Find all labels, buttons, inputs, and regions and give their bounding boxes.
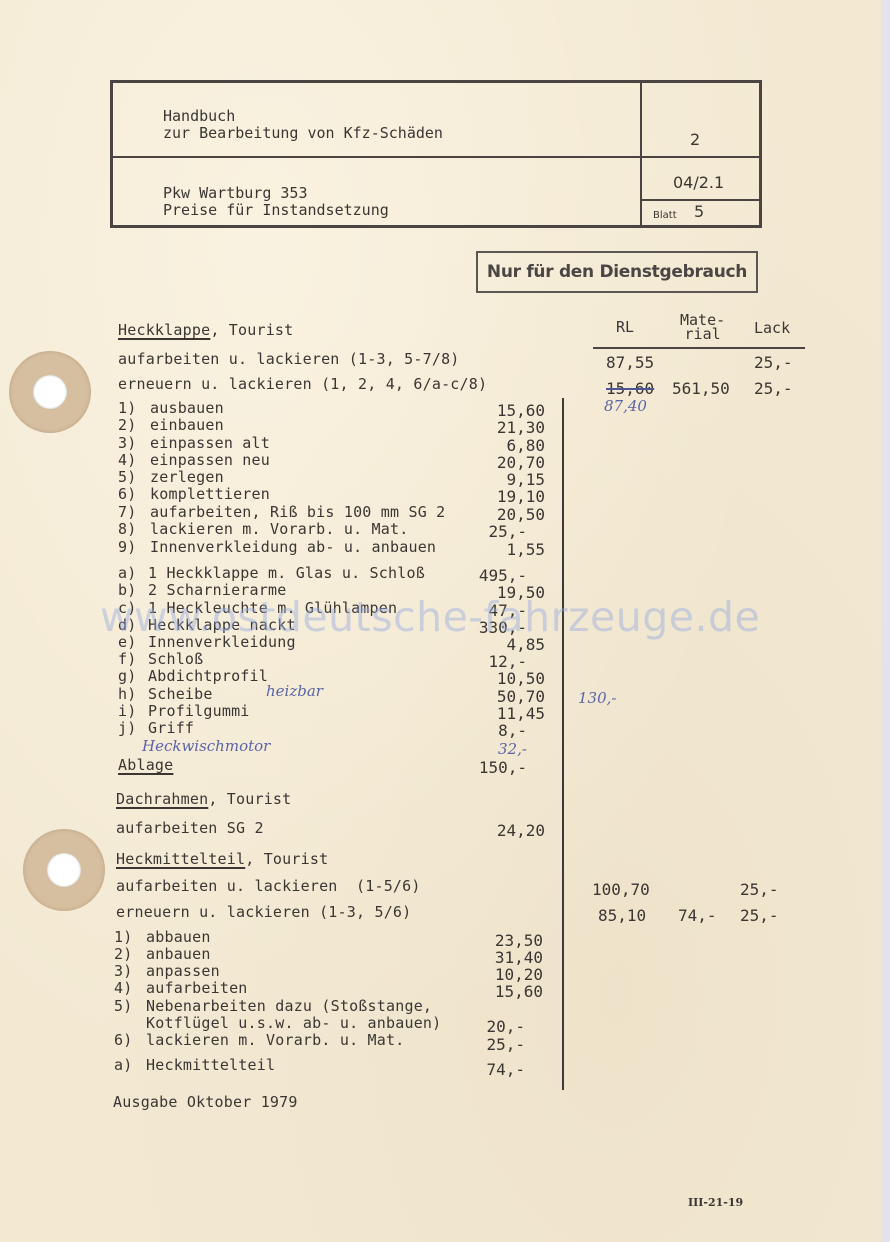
confidential-stamp: Nur für den Dienstgebrauch <box>476 251 758 293</box>
section-heading-dachrahmen: Dachrahmen, Tourist <box>116 791 291 808</box>
part-label: 1 Heckklappe m. Glas u. Schloß <box>148 565 425 582</box>
handbook-subtitle: zur Bearbeitung von Kfz-Schäden <box>163 125 443 141</box>
section-subtitle: , Tourist <box>208 790 291 808</box>
website-watermark: www.ostdeutsche-fahrzeuge.de <box>100 593 760 641</box>
list-item-value: 31,40 <box>495 949 543 966</box>
column-header-lack: Lack <box>754 321 790 335</box>
vehicle-name: Pkw Wartburg 353 <box>163 185 308 201</box>
list-item-key: 1) <box>118 400 136 417</box>
list-item-key: 8) <box>118 521 136 538</box>
part-value: 495,- <box>479 567 527 584</box>
section-heading-heckmittelteil: Heckmittelteil, Tourist <box>116 851 328 868</box>
punch-hole-bottom <box>23 829 105 911</box>
ablage-label: Ablage <box>118 757 173 774</box>
handwritten-wiper-motor-label: Heckwischmotor <box>142 737 270 755</box>
list-item-label: abbauen <box>146 929 211 946</box>
list-item-key: 2) <box>114 946 132 963</box>
column-divider <box>562 398 564 1090</box>
handwritten-note-heated: heizbar <box>266 682 323 700</box>
part-value: 50,70 <box>497 688 545 705</box>
list-item-label: aufarbeiten, Riß bis 100 mm SG 2 <box>150 504 445 521</box>
list-item-value: 21,30 <box>497 419 545 436</box>
section-title: Dachrahmen <box>116 790 208 808</box>
handwritten-rl-correction: 87,40 <box>604 397 647 415</box>
operation-label: aufarbeiten SG 2 <box>116 820 264 837</box>
scan-edge <box>881 0 890 1242</box>
list-item-value: 10,20 <box>495 966 543 983</box>
part-key: a) <box>114 1057 132 1074</box>
list-item-label: einbauen <box>150 417 224 434</box>
list-item-key: 9) <box>118 539 136 556</box>
lack-value: 25,- <box>740 907 779 924</box>
section-subtitle: , Tourist <box>245 850 328 868</box>
list-item-value: 9,15 <box>506 471 545 488</box>
punch-hole-top <box>9 351 91 433</box>
header-box: Handbuch zur Bearbeitung von Kfz-Schäden… <box>110 80 762 228</box>
list-item-key: 4) <box>114 980 132 997</box>
list-item-value: 19,10 <box>497 488 545 505</box>
part-value: 12,- <box>488 653 527 670</box>
lack-value: 25,- <box>754 380 793 397</box>
section-subtitle: , Tourist <box>210 321 293 339</box>
list-item-label: komplettieren <box>150 486 270 503</box>
part-label: Griff <box>148 720 194 737</box>
list-item-key: 6) <box>118 486 136 503</box>
divider <box>113 156 759 158</box>
section-heading-heckklappe: Heckklappe, Tourist <box>118 322 293 339</box>
list-item-key: 6) <box>114 1032 132 1049</box>
column-header-material: Mate- rial <box>680 313 725 341</box>
column-header-rl: RL <box>616 320 634 334</box>
rl-value: 85,10 <box>598 907 646 924</box>
list-item-key: 4) <box>118 452 136 469</box>
list-item-label: zerlegen <box>150 469 224 486</box>
lack-value: 25,- <box>740 881 779 898</box>
column-header-material-line2: rial <box>680 327 725 341</box>
list-item-label: Innenverkleidung ab- u. anbauen <box>150 539 436 556</box>
list-item-key: 1) <box>114 929 132 946</box>
part-label: Abdichtprofil <box>148 668 268 685</box>
section-title: Heckklappe <box>118 321 210 339</box>
list-item-label: lackieren m. Vorarb. u. Mat. <box>146 1032 404 1049</box>
material-value: 561,50 <box>672 380 730 397</box>
list-item-label: ausbauen <box>150 400 224 417</box>
rl-value: 87,55 <box>606 354 654 371</box>
ablage-value: 150,- <box>479 759 527 776</box>
rl-value-struck: 15,60 <box>606 380 654 397</box>
list-item-label: Nebenarbeiten dazu (Stoßstange, <box>146 998 432 1015</box>
part-value: 11,45 <box>497 705 545 722</box>
part-key: g) <box>118 668 136 685</box>
part-key: a) <box>118 565 136 582</box>
operation-label: erneuern u. lackieren (1, 2, 4, 6/a-c/8) <box>118 376 487 393</box>
part-key: h) <box>118 686 136 703</box>
list-item-value: 6,80 <box>506 437 545 454</box>
material-value: 74,- <box>678 907 717 924</box>
section-code: 04/2.1 <box>673 175 724 191</box>
list-item-label: aufarbeiten <box>146 980 248 997</box>
rl-value: 100,70 <box>592 881 650 898</box>
document-page: Handbuch zur Bearbeitung von Kfz-Schäden… <box>0 0 881 1242</box>
section-title: Heckmittelteil <box>116 850 245 868</box>
sheet-label: Blatt <box>653 208 677 224</box>
list-item-label-continued: Kotflügel u.s.w. ab- u. anbauen) <box>146 1015 441 1032</box>
list-item-value: 20,50 <box>497 506 545 523</box>
list-item-value: 1,55 <box>506 541 545 558</box>
list-item-value: 25,- <box>488 523 527 540</box>
edition-date: Ausgabe Oktober 1979 <box>113 1094 298 1111</box>
list-item-value: 15,60 <box>495 983 543 1000</box>
divider <box>640 83 642 225</box>
part-label: Schloß <box>148 651 203 668</box>
operation-label: aufarbeiten u. lackieren (1-3, 5-7/8) <box>118 351 460 368</box>
list-item-label: einpassen neu <box>150 452 270 469</box>
handwritten-wiper-motor-value: 32,- <box>498 740 527 758</box>
part-key: j) <box>118 720 136 737</box>
list-item-label: anbauen <box>146 946 211 963</box>
list-item-label: einpassen alt <box>150 435 270 452</box>
volume-number: 2 <box>690 132 700 148</box>
operation-label: aufarbeiten u. lackieren (1-5/6) <box>116 878 421 895</box>
handwritten-price-heated-glass: 130,- <box>578 689 616 707</box>
part-value: 8,- <box>498 722 527 739</box>
handbook-title: Handbuch <box>163 108 235 124</box>
list-item-key: 3) <box>114 963 132 980</box>
column-header-underline <box>593 347 805 349</box>
operation-value: 24,20 <box>497 822 545 839</box>
part-value: 74,- <box>486 1061 525 1078</box>
part-key: i) <box>118 703 136 720</box>
divider <box>640 199 759 201</box>
list-item-value: 20,70 <box>497 454 545 471</box>
part-value: 10,50 <box>497 670 545 687</box>
part-key: f) <box>118 651 136 668</box>
part-label: Profilgummi <box>148 703 250 720</box>
part-label: Scheibe <box>148 686 213 703</box>
list-item-label: anpassen <box>146 963 220 980</box>
lack-value: 25,- <box>754 354 793 371</box>
list-item-label: lackieren m. Vorarb. u. Mat. <box>150 521 408 538</box>
list-item-key: 5) <box>114 998 132 1015</box>
sheet-number: 5 <box>694 204 704 220</box>
part-label: Heckmittelteil <box>146 1057 275 1074</box>
list-item-value: 20,- <box>486 1018 525 1035</box>
list-item-key: 3) <box>118 435 136 452</box>
list-item-value: 23,50 <box>495 932 543 949</box>
list-item-value: 15,60 <box>497 402 545 419</box>
document-code: III-21-19 <box>688 1196 743 1209</box>
list-item-key: 7) <box>118 504 136 521</box>
operation-label: erneuern u. lackieren (1-3, 5/6) <box>116 904 411 921</box>
list-item-key: 5) <box>118 469 136 486</box>
list-item-key: 2) <box>118 417 136 434</box>
document-subject: Preise für Instandsetzung <box>163 202 389 218</box>
list-item-value: 25,- <box>486 1036 525 1053</box>
